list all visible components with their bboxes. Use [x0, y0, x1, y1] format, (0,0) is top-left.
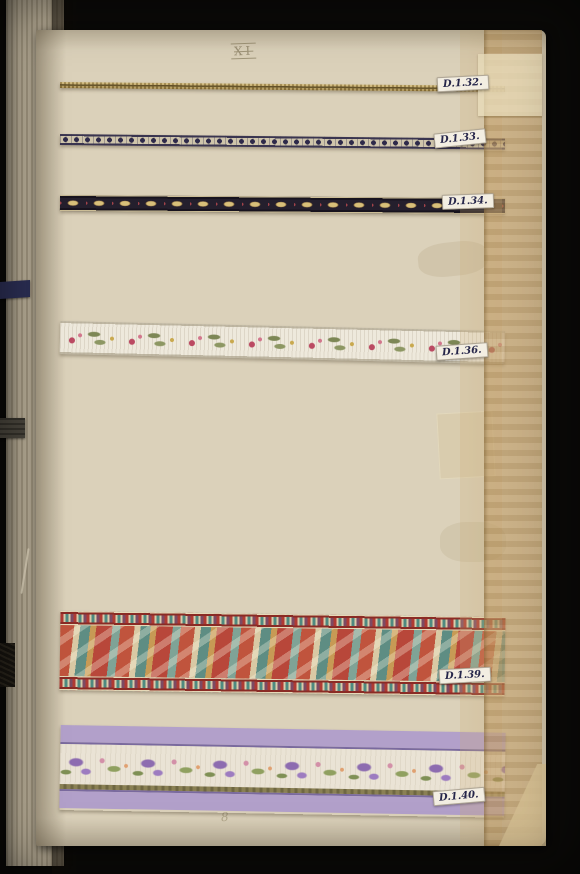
sample-label: D.1.39.	[439, 667, 491, 685]
sample-label: D.1.32.	[437, 75, 489, 93]
facing-page-sample-edge-black	[0, 643, 15, 687]
plate-mark-pencil: XI	[231, 43, 257, 60]
ribbon-sample-d1-34-medallion-braid	[60, 195, 505, 214]
facing-page-sample-edge-navy	[0, 280, 30, 299]
sample-label: D.1.34.	[442, 193, 494, 210]
sample-book-photo: XI 8 D.1.32. D.1.33. D.1.34. D.1.36. D.1…	[0, 0, 580, 874]
page-corner-fold	[498, 764, 546, 846]
facing-page-sample-edge-grey	[0, 418, 25, 438]
tape-strip-right	[484, 30, 542, 846]
